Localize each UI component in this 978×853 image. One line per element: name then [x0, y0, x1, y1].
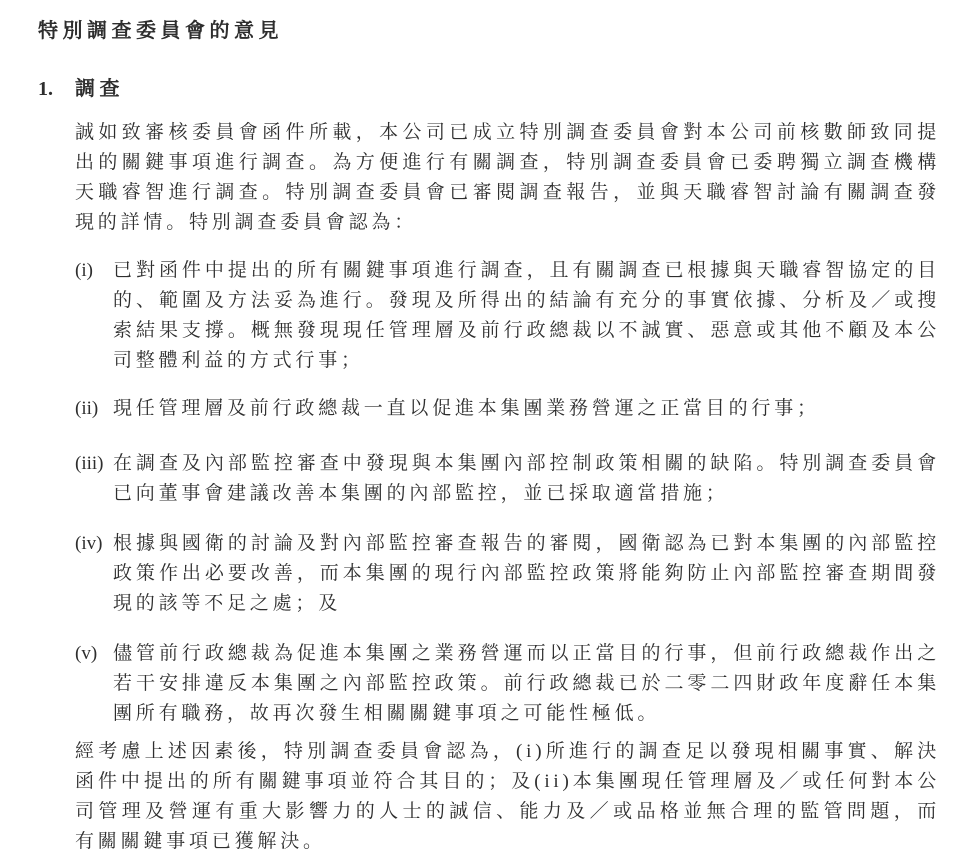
- document-page: 特別調查委員會的意見 1. 調查 誠如致審核委員會函件所載，本公司已成立特別調查…: [0, 0, 978, 853]
- finding-item-iii: (iii) 在調查及內部監控審查中發現與本集團內部控制政策相關的缺陷。特別調查委…: [75, 449, 940, 509]
- finding-text-iii: 在調查及內部監控審查中發現與本集團內部控制政策相關的缺陷。特別調查委員會已向董事…: [113, 449, 940, 509]
- finding-marker-v: (v): [75, 639, 113, 729]
- finding-text-ii: 現任管理層及前行政總裁一直以促進本集團業務營運之正當目的行事；: [113, 394, 940, 424]
- finding-text-i: 已對函件中提出的所有關鍵事項進行調查，且有關調查已根據與天職睿智協定的目的、範圍…: [113, 256, 940, 376]
- findings-list: (i) 已對函件中提出的所有關鍵事項進行調查，且有關調查已根據與天職睿智協定的目…: [75, 256, 940, 729]
- page-title: 特別調查委員會的意見: [38, 20, 940, 42]
- finding-marker-iii: (iii): [75, 449, 113, 509]
- finding-item-i: (i) 已對函件中提出的所有關鍵事項進行調查，且有關調查已根據與天職睿智協定的目…: [75, 256, 940, 376]
- finding-item-v: (v) 儘管前行政總裁為促進本集團之業務營運而以正當目的行事，但前行政總裁作出之…: [75, 639, 940, 729]
- section-heading: 1. 調查: [38, 78, 940, 100]
- section-number: 1.: [38, 78, 75, 100]
- finding-marker-i: (i): [75, 256, 113, 376]
- finding-item-ii: (ii) 現任管理層及前行政總裁一直以促進本集團業務營運之正當目的行事；: [75, 394, 940, 424]
- finding-text-iv: 根據與國衛的討論及對內部監控審查報告的審閱，國衛認為已對本集團的內部監控政策作出…: [113, 529, 940, 619]
- finding-text-v: 儘管前行政總裁為促進本集團之業務營運而以正當目的行事，但前行政總裁作出之若干安排…: [113, 639, 940, 729]
- section-title: 調查: [75, 78, 124, 100]
- intro-paragraph: 誠如致審核委員會函件所載，本公司已成立特別調查委員會對本公司前核數師致同提出的關…: [75, 118, 940, 238]
- conclusion-paragraph: 經考慮上述因素後，特別調查委員會認為，(i)所進行的調查足以發現相關事實、解決函…: [75, 737, 940, 853]
- finding-marker-iv: (iv): [75, 529, 113, 619]
- finding-item-iv: (iv) 根據與國衛的討論及對內部監控審查報告的審閱，國衛認為已對本集團的內部監…: [75, 529, 940, 619]
- finding-marker-ii: (ii): [75, 394, 113, 424]
